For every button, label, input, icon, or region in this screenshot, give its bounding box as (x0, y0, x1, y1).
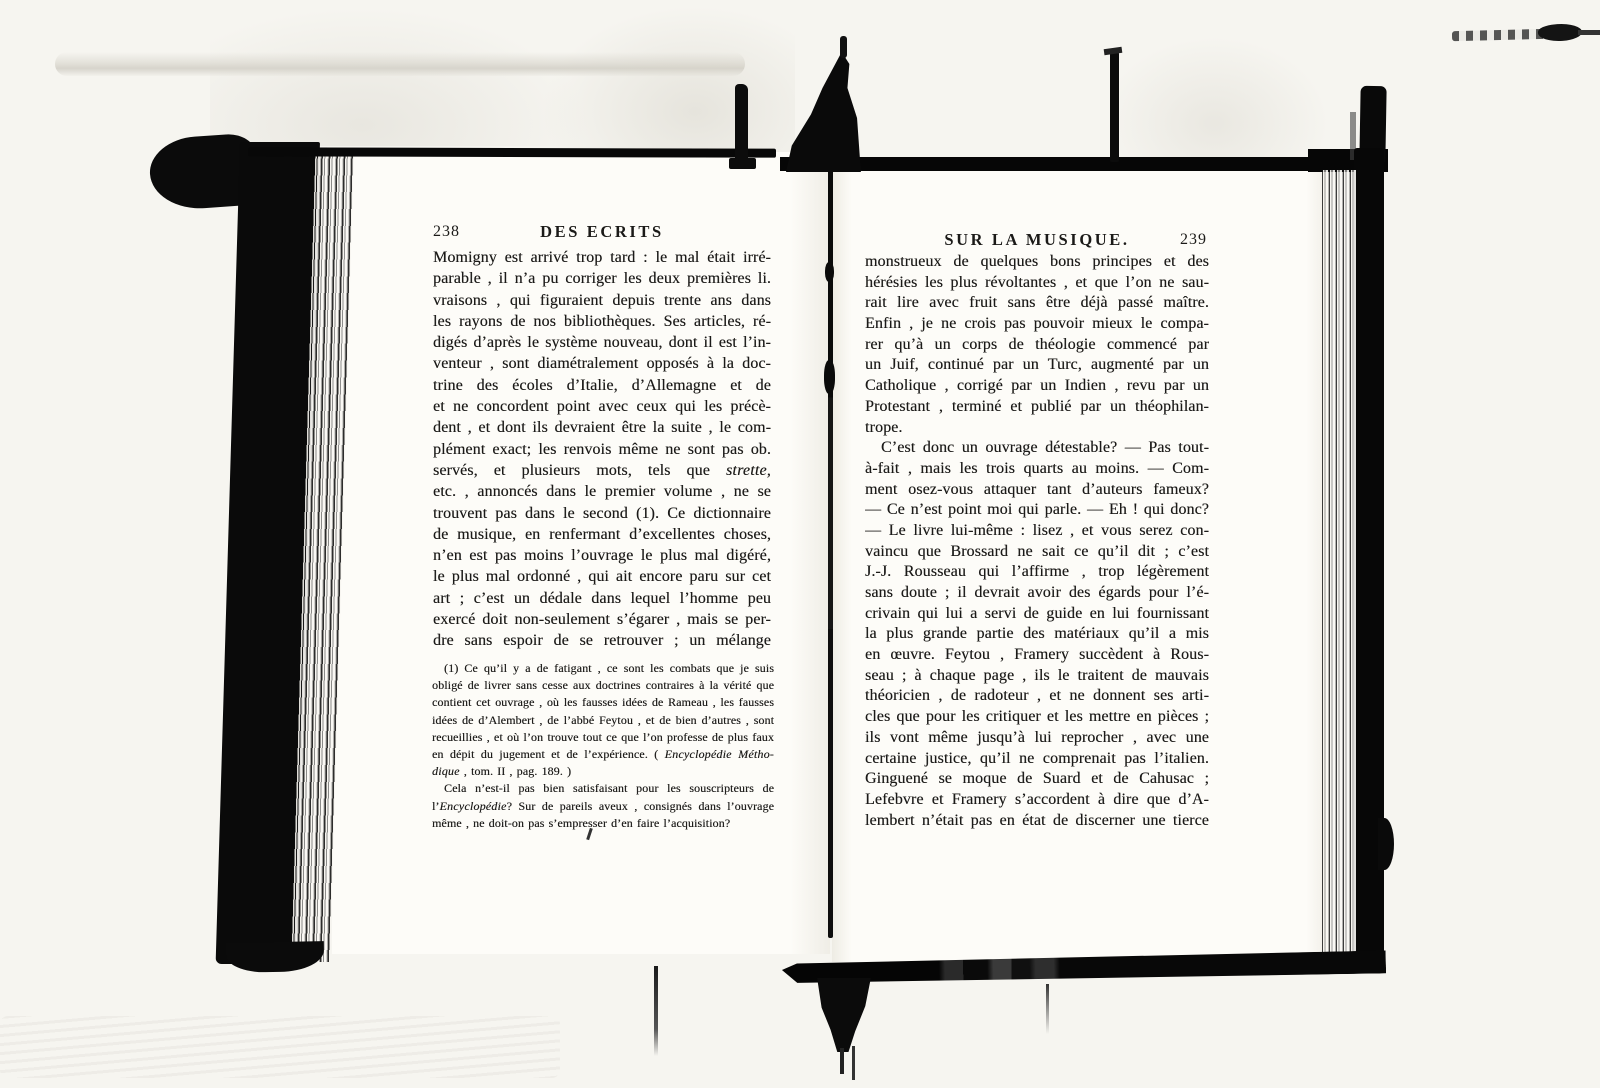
text-line: un Juif, continué par un Turc, augmenté … (865, 355, 1209, 376)
ink-mark-top (735, 84, 748, 168)
text-line: idées de d’Alembert , de l’abbé Feytou ,… (432, 712, 774, 729)
text-line: (1) Ce qu’il y a de fatigant , ce sont l… (432, 660, 774, 677)
right-page-body: monstrueux de quelques bons principes et… (865, 252, 1209, 831)
text-line: en dépit du jugement et de l’expérience.… (432, 746, 774, 763)
text-line: dique , tom. II , pag. 189. ) (432, 763, 774, 780)
scan-speckle (0, 1016, 560, 1078)
text-line: rer qu’à un corps de théologie commencé … (865, 335, 1209, 356)
text-line: Protestant , terminé et publié par un th… (865, 397, 1209, 418)
text-line: venteur , sont diamétralement opposés à … (433, 353, 771, 374)
text-line: même , ne doit-on pas s’empresser d’en f… (432, 815, 774, 832)
gutter-ink-blob (824, 360, 835, 394)
scratch-blob-top-right (1537, 22, 1582, 42)
scan-haze (1120, 36, 1330, 161)
text-line: Catholique , corrigé par un Indien , rev… (865, 376, 1209, 397)
page-number-left: 238 (433, 223, 460, 241)
text-line: plément exact; les renvois même ne sont … (433, 439, 771, 460)
text-line: C’est donc un ouvrage détestable? — Pas … (865, 438, 1209, 459)
text-line: exercé doit non-seulement s’égarer , mai… (433, 609, 771, 630)
text-line: Cela n’est-il pas bien satisfaisant pour… (432, 780, 774, 797)
text-line: ils vont même jusqu’à lui reprocher , av… (865, 728, 1209, 749)
ink-line-top (1110, 52, 1119, 162)
text-line: la plus grande partie des matériaux qu’i… (865, 624, 1209, 645)
page-number-right: 239 (1180, 231, 1207, 249)
running-header-left: DES ECRITS (433, 222, 771, 242)
text-line: obligé de livrer sans cesse aux doctrine… (432, 677, 774, 694)
ink-drip (840, 1048, 844, 1074)
text-line: l’Encyclopédie? Sur de pareils aveux , c… (432, 798, 774, 815)
page-edge-streaks-right (1322, 170, 1356, 962)
scan-haze (210, 6, 590, 146)
text-line: Momigny est arrivé trop tard : le mal ét… (433, 247, 771, 268)
ink-spike (840, 36, 847, 58)
text-line: vraisons , qui figuraient depuis trente … (433, 290, 771, 311)
right-page-header: SUR LA MUSIQUE. 239 (865, 230, 1209, 254)
left-page-header: 238 DES ECRITS (433, 222, 771, 246)
text-line: trouvent pas dans le second (1). Ce dict… (433, 503, 771, 524)
text-line: lembert n’était pas en état de discerner… (865, 811, 1209, 832)
text-line: les rayons de nos bibliothèques. Ses art… (433, 311, 771, 332)
scan-haze (545, 8, 795, 156)
text-line: sans doute ; il devrait avoir des égards… (865, 583, 1209, 604)
text-line: dre sans espoir de se retrouver ; un mél… (433, 630, 771, 651)
text-line: Enfin , je ne crois pas pouvoir mieux le… (865, 314, 1209, 335)
ink-blob-top-gutter (786, 52, 882, 172)
text-line: n’en est pas moins l’ouvrage le plus mal… (433, 545, 771, 566)
text-line: de musique, en renfermant d’excellentes … (433, 524, 771, 545)
text-line: Lefebvre et Framery s’accordent à dire q… (865, 790, 1209, 811)
running-header-right: SUR LA MUSIQUE. (865, 230, 1209, 250)
ink-bump-right-edge (1378, 818, 1394, 870)
text-line: parable , il n’a pu corriger les deux pr… (433, 268, 771, 289)
text-line: dent , et dont ils devraient être la sui… (433, 417, 771, 438)
text-line: Ginguené se moque de Suard et de Cahusac… (865, 769, 1209, 790)
text-line: art ; c’est un dédale dans lequel l’homm… (433, 588, 771, 609)
text-line: trine des écoles d’Italie, d’Allemagne e… (433, 375, 771, 396)
ink-drip (852, 1046, 855, 1080)
right-page-top-edge (780, 157, 1320, 171)
text-line: cles que pour les critiquer et les mettr… (865, 707, 1209, 728)
text-line: — Le livre lui-même : lisez , et vous se… (865, 521, 1209, 542)
text-line: digés d’après le système nouveau, dont i… (433, 332, 771, 353)
text-line: etc. , annoncés dans le premier volume ,… (433, 481, 771, 502)
ink-mark-foot (729, 158, 756, 169)
text-line: seau ; à chaque page , ils le traitent d… (865, 666, 1209, 687)
book-left-edge-foot (226, 941, 325, 973)
ink-line-below-left-page (654, 966, 658, 1056)
left-page-body: Momigny est arrivé trop tard : le mal ét… (433, 247, 771, 652)
text-line: à-fait , mais les trois quarts au moins.… (865, 459, 1209, 480)
text-line: en œuvre. Feytou , Framery succèdent à R… (865, 645, 1209, 666)
text-line: — Ce n’est point moi qui parle. — Eh ! q… (865, 500, 1209, 521)
text-line: certaine justice, qu’il ne comprenait pa… (865, 749, 1209, 770)
left-page-top-edge (248, 147, 776, 157)
text-line: recueillies , et où l’on trouve tout ce … (432, 729, 774, 746)
scratch-tail (1578, 30, 1600, 35)
text-line: théoricien , de radoteur , et ne donnent… (865, 686, 1209, 707)
gutter-ink-blob (825, 262, 834, 282)
ink-line-below-bar (1046, 984, 1049, 1034)
text-line: contient cet ouvrage , où les fausses id… (432, 694, 774, 711)
text-line: hérésies les plus révoltantes , et que l… (865, 273, 1209, 294)
text-line: vaincu que Brossard ne sait ce qu’il dit… (865, 542, 1209, 563)
text-line: et ne concordent point avec ceux qui les… (433, 396, 771, 417)
text-line: monstrueux de quelques bons principes et… (865, 252, 1209, 273)
left-page-footnote: (1) Ce qu’il y a de fatigant , ce sont l… (432, 660, 774, 832)
text-line: J.-J. Rousseau qui l’affirme , trop légè… (865, 562, 1209, 583)
text-line: rait lire avec fruit sans être déjà pass… (865, 293, 1209, 314)
text-line: servés, et plusieurs mots, tels que stre… (433, 460, 771, 481)
ink-blob-bottom-gutter (816, 978, 872, 1052)
text-line: trope. (865, 418, 1209, 439)
text-line: crivain qui lui a servi de guide en lui … (865, 604, 1209, 625)
book-scan: 238 DES ECRITS Momigny est arrivé trop t… (0, 0, 1600, 1088)
scratch-mark-top-right (1452, 29, 1548, 42)
text-line: le plus mal ordonné , qui ait encore par… (433, 566, 771, 587)
text-line: ment osez-vous attaquer tant d’auteurs f… (865, 480, 1209, 501)
